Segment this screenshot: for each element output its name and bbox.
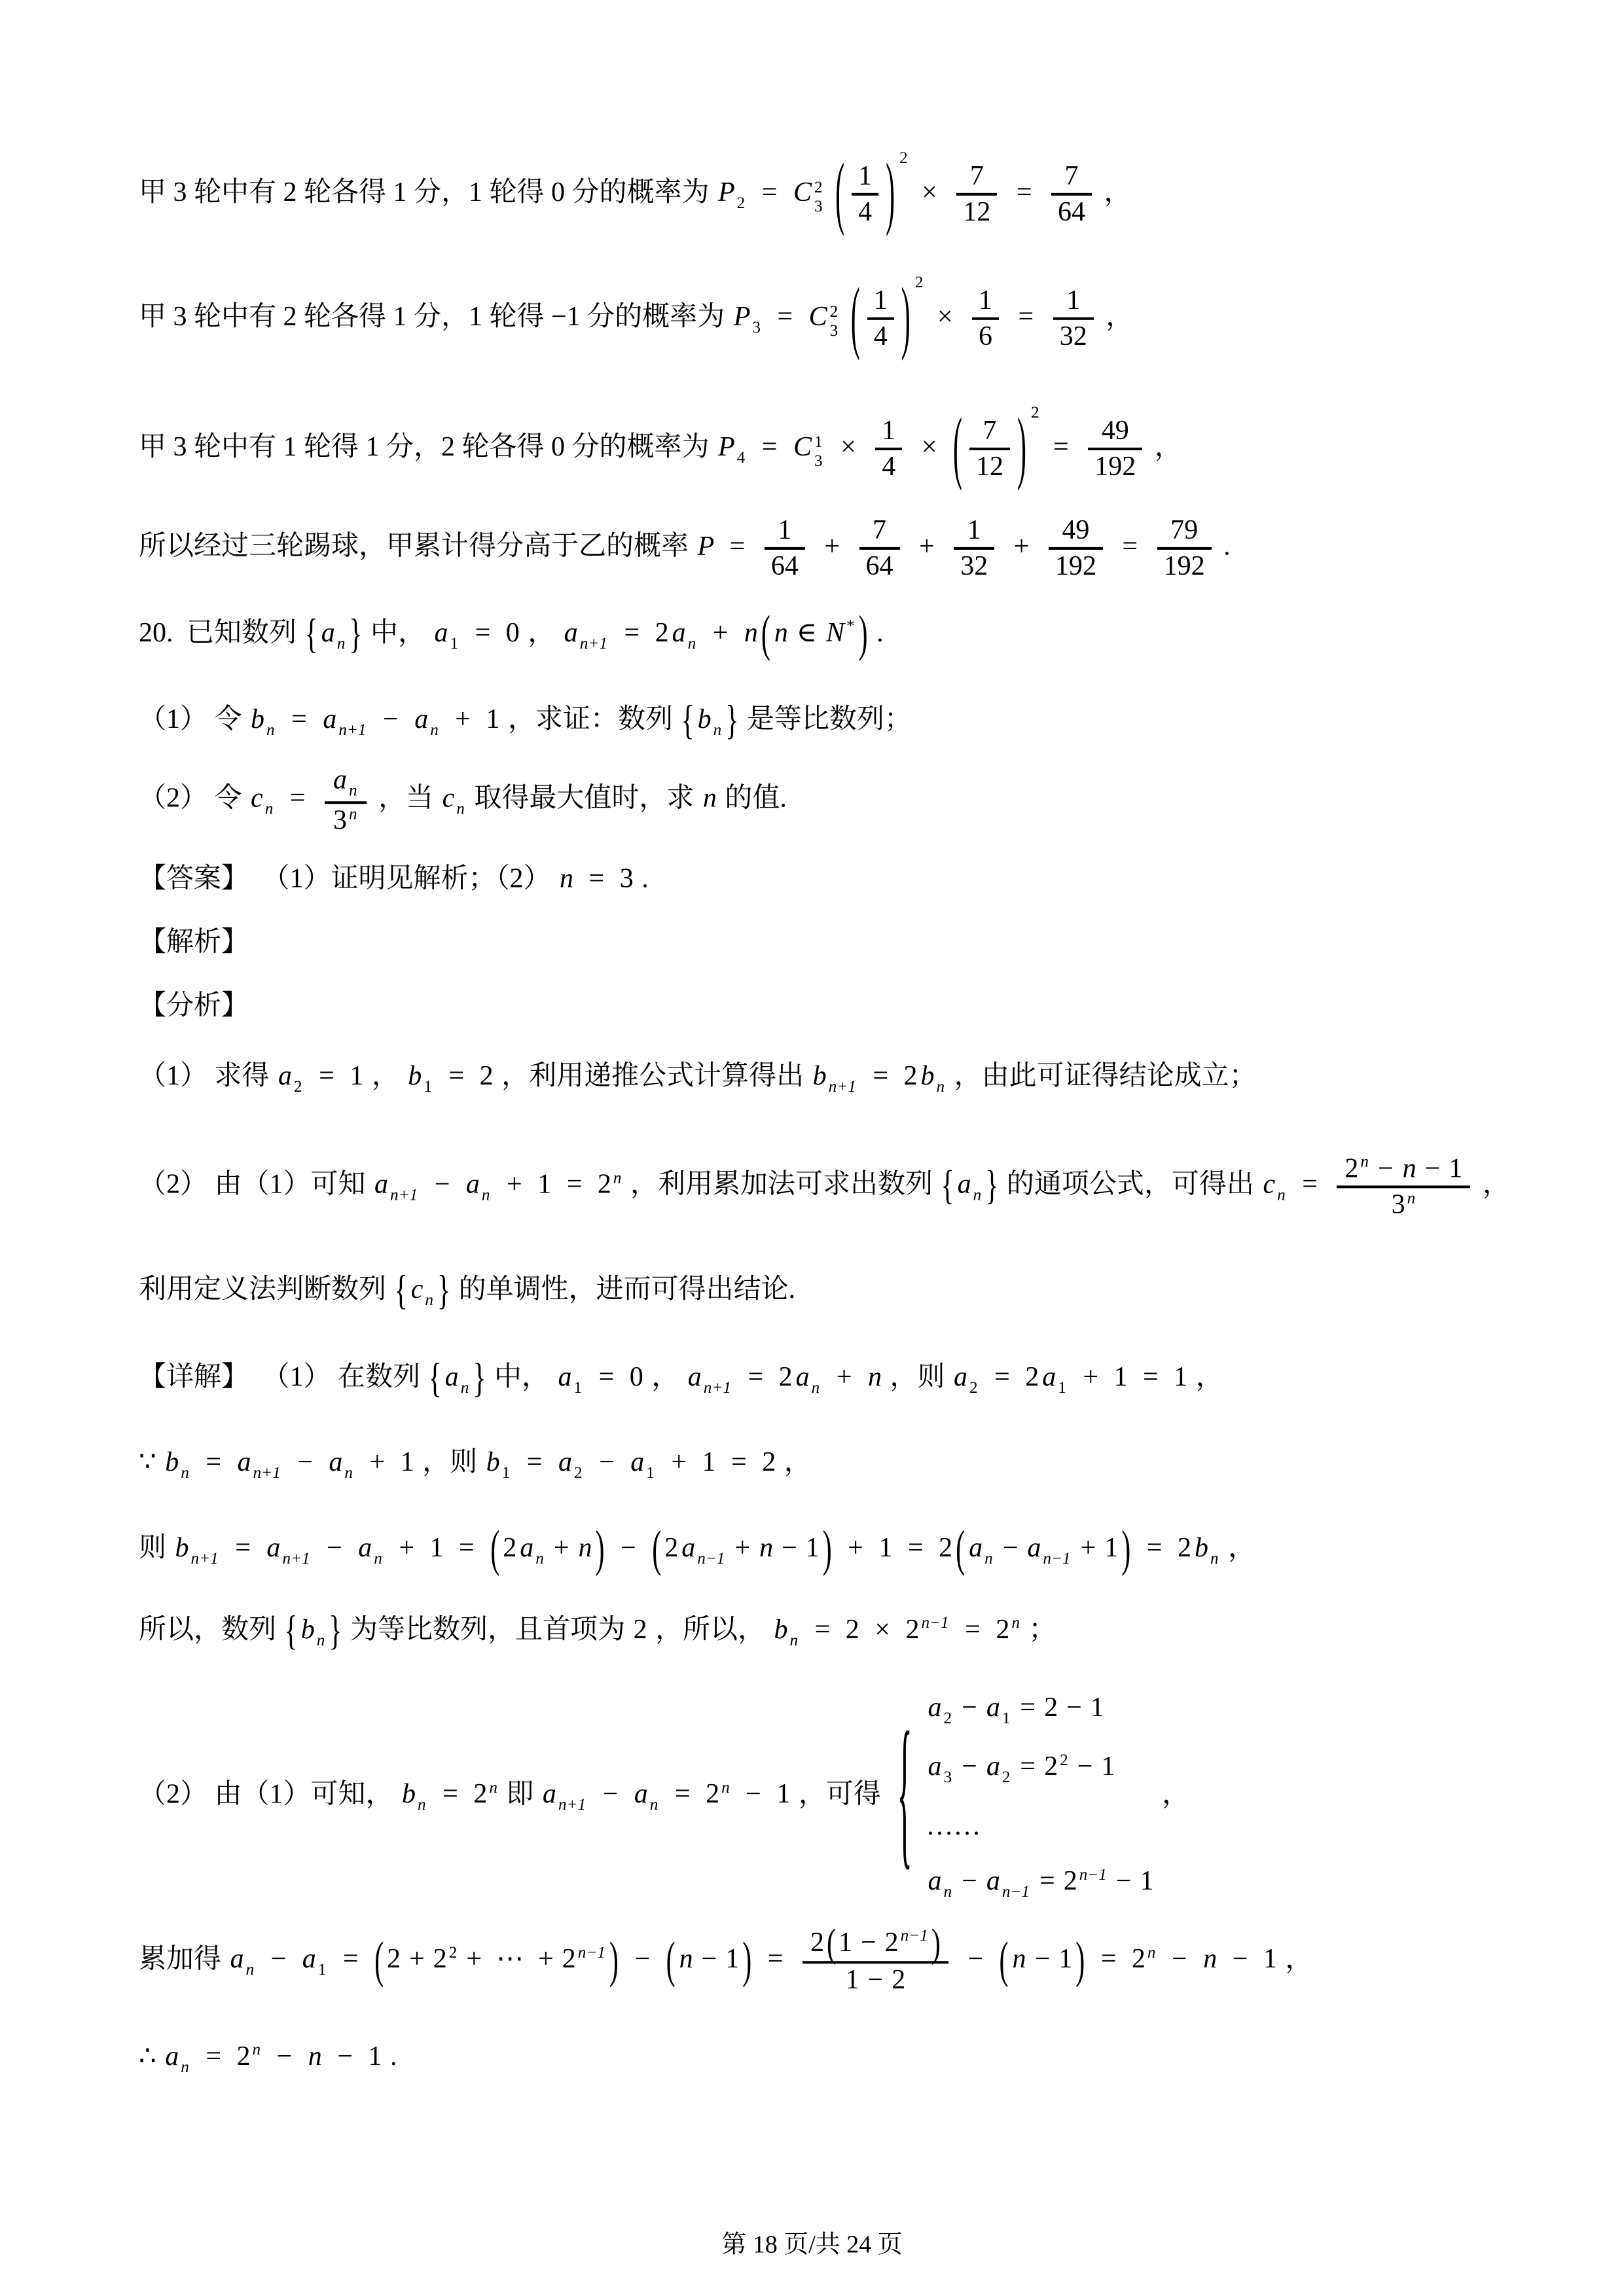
plus-sign: + — [919, 531, 935, 562]
math-subscript: 3 — [830, 321, 839, 340]
detail-label: 【详解】 — [139, 1362, 249, 1392]
math-var-a: a — [329, 1447, 342, 1477]
math-superscript: 1 — [814, 433, 823, 452]
math-subscript: n — [374, 1549, 382, 1567]
math-var-a: a — [986, 1866, 1000, 1896]
plus-sign: + — [1081, 1533, 1096, 1563]
fraction: 712 — [956, 160, 997, 229]
fraction: 49192 — [1088, 414, 1142, 484]
fraction: 764 — [859, 514, 900, 583]
plus-sign: + — [1083, 1362, 1098, 1392]
math-subscript: n−1 — [697, 1549, 725, 1567]
math-var-C: C — [809, 302, 827, 332]
minus-sign: − — [1066, 1693, 1082, 1723]
chinese-text: 甲 3 轮中有 1 轮得 1 分，2 轮各得 0 分的概率为 — [139, 432, 710, 462]
seq-brace-right: } — [349, 608, 362, 662]
chinese-text: 的值. — [725, 783, 787, 814]
part-number: （1） — [139, 704, 208, 734]
minus-sign: − — [327, 1533, 342, 1563]
equals-sign: = — [459, 1533, 475, 1563]
big-paren-left: ( — [953, 397, 962, 502]
math-subscript: n — [265, 800, 274, 817]
plus-sign: + — [671, 1447, 687, 1477]
numerator: 7 — [969, 414, 1010, 448]
math-number: 2 — [1132, 1945, 1146, 1975]
chinese-text: 由（1）可知， — [215, 1780, 393, 1810]
math-superscript: n — [1407, 1189, 1416, 1207]
denominator: 1−2 — [803, 1962, 948, 1998]
plus-sign: + — [466, 1945, 482, 1975]
math-superscript: n — [1011, 1614, 1020, 1632]
math-number: 3 — [1392, 1190, 1405, 1220]
chinese-text: ，利用递推公式计算得出 — [501, 1061, 804, 1091]
math-subscript: 1 — [574, 1378, 583, 1396]
chinese-text: 求得 — [215, 1061, 270, 1091]
math-number: 2 — [387, 1945, 401, 1975]
math-subscript: n — [944, 1883, 952, 1901]
big-paren-right: ) — [823, 1517, 832, 1583]
equals-sign: = — [1101, 1945, 1117, 1975]
chinese-text: ，由此可证得结论成立； — [954, 1061, 1257, 1091]
denominator: 12 — [969, 448, 1010, 484]
math-number: 2 — [885, 1928, 899, 1958]
comma: ， — [528, 618, 555, 648]
math-superscript: n−1 — [921, 1614, 948, 1632]
math-var-a: a — [928, 1752, 942, 1782]
paragraph-prob-p4: 甲 3 轮中有 1 轮得 1 分，2 轮各得 0 分的概率为 P4 = C13 … — [139, 403, 1182, 484]
seq-brace-left: { — [305, 608, 318, 662]
denominator: 4 — [852, 193, 878, 229]
math-subscript: n+1 — [191, 1549, 219, 1567]
math-var-a: a — [278, 1061, 292, 1091]
math-number: 2 — [473, 1780, 487, 1810]
fraction: 14 — [867, 284, 894, 353]
big-paren-right: ) — [1121, 1517, 1130, 1583]
math-number: 2 — [706, 1780, 719, 1810]
equals-sign: = — [908, 1533, 924, 1563]
math-number: 1 — [878, 1533, 892, 1563]
comma: ， — [1104, 177, 1132, 207]
big-paren-right: ) — [596, 1517, 605, 1583]
analysis-label: 【解析】 — [139, 927, 249, 958]
math-subscript: n — [461, 1378, 469, 1396]
math-superscript: 2 — [1031, 404, 1039, 422]
denominator: 192 — [1157, 547, 1212, 583]
math-number: 2 — [810, 1928, 824, 1958]
math-number: 1 — [1101, 1752, 1115, 1782]
numerator: 49 — [1049, 514, 1103, 547]
math-subscript: n — [456, 800, 465, 817]
minus-sign: − — [599, 1447, 615, 1477]
chinese-text: 累加得 — [139, 1945, 221, 1975]
chinese-text: 的通项公式，可得出 — [1007, 1170, 1254, 1200]
math-number: 1 — [839, 1928, 852, 1958]
math-number: 2 — [762, 1447, 776, 1477]
math-var-a: a — [688, 1362, 702, 1392]
paragraph-question-20: 20. 已知数列 {an} 中， a1 = 0 ， an+1 = 2an + n… — [139, 615, 884, 655]
math-var-a: a — [543, 1780, 556, 1810]
system-rows: a2−a1=2−1 a3−a2=22−1 …… an−an−1=2n−1−1 — [926, 1690, 1155, 1903]
math-var-a: a — [969, 1533, 983, 1563]
chinese-text: 是等比数列； — [747, 704, 912, 734]
equals-sign: = — [731, 1447, 747, 1477]
fraction: 164 — [765, 514, 805, 583]
minus-sign: − — [435, 1170, 450, 1200]
math-number: 1 — [368, 2041, 382, 2072]
chinese-text: 由（1）可知 — [215, 1170, 366, 1200]
math-var-a: a — [358, 1533, 372, 1563]
math-var-n: n — [703, 783, 717, 814]
seq-brace-left: { — [941, 1160, 954, 1213]
question-number: 20. — [139, 618, 173, 648]
math-subscript: n — [973, 1186, 982, 1204]
math-superscript: n — [253, 2041, 261, 2058]
footer-page-number: 第 18 页/共 24 页 — [0, 2229, 1624, 2261]
math-subscript: 2 — [737, 194, 746, 211]
math-var-N: N — [826, 618, 844, 648]
math-subscript: 1 — [646, 1463, 655, 1481]
plus-sign: + — [1014, 531, 1030, 562]
math-var-n: n — [759, 1533, 773, 1563]
equals-sign: = — [762, 432, 778, 462]
math-number: 1 — [1114, 1362, 1128, 1392]
equals-sign: = — [1039, 1866, 1055, 1896]
numerator: 1 — [1053, 284, 1094, 317]
system-row-ellipsis: …… — [926, 1808, 1155, 1844]
equals-sign: = — [815, 1615, 831, 1645]
paragraph-conclusion: ∴ an = 2n − n − 1 . — [139, 2039, 397, 2078]
equals-sign: = — [1147, 1533, 1163, 1563]
chinese-text: 已知数列 — [187, 618, 297, 648]
paragraph-detail-2: ∵ bn = an+1 − an + 1 ，则 b1 = a2 − a1 + 1… — [139, 1444, 812, 1484]
math-var-P: P — [718, 432, 735, 462]
times-sign: × — [875, 1615, 890, 1645]
math-subscript: n+1 — [829, 1077, 856, 1095]
math-var-a: a — [634, 1780, 648, 1810]
paragraph-prob-p3: 甲 3 轮中有 2 轮各得 1 分，1 轮得 −1 分的概率为 P3 = C23… — [139, 272, 1133, 353]
math-subscript: n+1 — [558, 1796, 586, 1814]
comma: ， — [651, 1362, 679, 1392]
math-superscript: 2 — [830, 303, 839, 321]
math-subscript: n — [344, 1463, 353, 1481]
math-number: 1 — [1140, 1866, 1154, 1896]
math-number: 2 — [655, 618, 669, 648]
math-var-P: P — [698, 531, 715, 562]
math-subscript: n — [789, 1631, 798, 1649]
element-of-sign: ∈ — [797, 618, 817, 648]
part-number: （2） — [139, 1170, 208, 1200]
math-superscript: n — [489, 1779, 497, 1797]
minus-sign: − — [634, 1945, 650, 1975]
numerator: 7 — [956, 160, 997, 193]
binom-scripts: 23 — [814, 179, 823, 215]
numerator: 7 — [1051, 160, 1092, 193]
fraction: 14 — [852, 160, 878, 229]
math-subscript: n+1 — [253, 1463, 281, 1481]
chinese-text: 取得最大值时，求 — [474, 783, 694, 814]
big-paren-left: ( — [652, 1517, 661, 1583]
equals-sign: = — [1053, 432, 1069, 462]
math-number: 0 — [630, 1362, 643, 1392]
fraction: 132 — [1053, 284, 1094, 353]
math-var-c: c — [442, 783, 455, 814]
chinese-text: 令 — [215, 783, 242, 814]
times-sign: × — [922, 432, 937, 462]
denominator: 12 — [956, 193, 997, 229]
chinese-text: 甲 3 轮中有 2 轮各得 1 分，1 轮得 −1 分的概率为 — [139, 302, 725, 332]
chinese-text: ，当 — [378, 783, 433, 814]
math-subscript: n+1 — [580, 634, 607, 652]
math-superscript: n — [1147, 1944, 1156, 1962]
big-paren-left: ( — [1000, 1929, 1009, 1995]
paragraph-prob-p2: 甲 3 轮中有 2 轮各得 1 分，1 轮得 0 分的概率为 P2 = C23 … — [139, 148, 1132, 229]
minus-sign: − — [1378, 1153, 1394, 1183]
chinese-text: 中， — [370, 618, 425, 648]
math-var-n: n — [774, 618, 788, 648]
fraction: 132 — [954, 514, 994, 583]
plus-sign: + — [848, 1533, 863, 1563]
math-var-a: a — [466, 1170, 480, 1200]
paragraph-detail-5-system: （2） 由（1）可知， bn = 2n 即 an+1 − an = 2n − 1… — [139, 1690, 1189, 1903]
denominator: 6 — [972, 317, 999, 353]
math-subscript: n — [266, 721, 275, 738]
math-subscript: 3 — [814, 452, 823, 470]
chinese-text: 的单调性，进而可得出结论. — [459, 1274, 796, 1304]
equals-sign: = — [675, 1780, 691, 1810]
part-number: （1） — [139, 1061, 208, 1091]
comma: ， — [1285, 1945, 1312, 1975]
analysis-label: 【分析】 — [139, 991, 249, 1021]
chinese-text: 令 — [215, 704, 242, 734]
math-number: 1 — [702, 1447, 716, 1477]
paren-right: ) — [931, 1922, 941, 1967]
math-var-b: b — [402, 1780, 416, 1810]
math-number: 1 — [430, 1533, 444, 1563]
math-var-a: a — [374, 1170, 388, 1200]
fraction: 764 — [1051, 160, 1092, 229]
minus-sign: − — [383, 704, 399, 734]
denominator: 192 — [1088, 448, 1142, 484]
math-var-P: P — [718, 177, 735, 207]
big-paren-left: ( — [761, 602, 770, 668]
paragraph-detail-6-sum: 累加得 an − a1 = (2+22+⋯+2n−1) − (n−1) = 2(… — [139, 1926, 1312, 1998]
equation-system: { a2−a1=2−1 a3−a2=22−1 …… an−an−1=2n−1−1 — [893, 1690, 1155, 1903]
math-var-n: n — [868, 1362, 882, 1392]
math-var-n: n — [579, 1533, 592, 1563]
seq-brace-right: } — [725, 694, 738, 748]
math-number: 2 — [846, 1615, 859, 1645]
minus-sign: − — [962, 1752, 977, 1782]
equals-sign: = — [1143, 1362, 1159, 1392]
math-number: 2 — [1344, 1153, 1358, 1183]
numerator: 1 — [852, 160, 878, 193]
denominator: 32 — [1053, 317, 1094, 353]
system-row-n: an−an−1=2n−1−1 — [926, 1863, 1155, 1903]
math-superscript: n — [349, 805, 357, 823]
math-superscript: n−1 — [1079, 1866, 1107, 1884]
cdots: ⋯ — [496, 1945, 524, 1975]
math-var-C: C — [793, 177, 812, 207]
comma: ， — [784, 1447, 812, 1477]
math-var-b: b — [1195, 1533, 1208, 1563]
math-var-a: a — [672, 618, 686, 648]
equals-sign: = — [442, 1780, 458, 1810]
math-superscript: n — [721, 1779, 730, 1797]
math-var-a: a — [434, 618, 448, 648]
minus-sign: − — [271, 1945, 287, 1975]
binom-scripts: 13 — [814, 433, 823, 470]
math-var-b: b — [251, 704, 264, 734]
denominator: 192 — [1049, 547, 1103, 583]
fraction: 16 — [972, 284, 999, 353]
math-var-b: b — [408, 1061, 422, 1091]
minus-sign: − — [1172, 1945, 1187, 1975]
numerator: 1 — [972, 284, 999, 317]
math-subscript: n+1 — [704, 1378, 731, 1396]
big-paren-left: ( — [666, 1929, 676, 1995]
math-number: 2 — [1178, 1533, 1191, 1563]
fraction: 49192 — [1049, 514, 1103, 583]
math-var-b: b — [698, 704, 712, 734]
chinese-text: 甲 3 轮中有 2 轮各得 1 分，1 轮得 0 分的概率为 — [139, 177, 710, 207]
minus-sign: − — [603, 1780, 619, 1810]
system-row-2: a3−a2=22−1 — [926, 1749, 1155, 1789]
minus-sign: − — [1035, 1945, 1051, 1975]
minus-sign: − — [868, 1965, 884, 1996]
plus-sign: + — [507, 1170, 522, 1200]
minus-sign: − — [962, 1866, 977, 1896]
math-superscript: 2 — [1060, 1751, 1068, 1769]
math-superscript: n — [613, 1169, 622, 1187]
answer-label: 【答案】 — [139, 864, 249, 894]
plus-sign: + — [734, 1533, 750, 1563]
denominator: 3n — [1337, 1185, 1470, 1222]
math-subscript: n+1 — [390, 1186, 418, 1204]
plus-sign: + — [538, 1945, 554, 1975]
plus-sign: + — [399, 1533, 414, 1563]
math-subscript: 1 — [450, 634, 458, 652]
math-var-b: b — [813, 1061, 827, 1091]
period: . — [1223, 531, 1231, 562]
equals-sign: = — [1302, 1170, 1318, 1200]
math-number: 2 — [562, 1945, 576, 1975]
plus-sign: + — [409, 1945, 425, 1975]
math-subscript: n+1 — [338, 721, 366, 738]
times-sign: × — [922, 177, 937, 207]
equals-sign: = — [873, 1061, 888, 1091]
numerator: 1 — [954, 514, 994, 547]
fraction: 712 — [969, 414, 1010, 484]
equals-sign: = — [965, 1615, 981, 1645]
math-var-a: a — [323, 704, 336, 734]
equals-sign: = — [319, 1061, 334, 1091]
math-subscript: 2 — [944, 1710, 952, 1727]
math-var-n: n — [308, 2041, 322, 2072]
math-superscript: n−1 — [901, 1927, 928, 1945]
math-number: 2 — [1025, 1362, 1039, 1392]
math-number: 1 — [486, 704, 499, 734]
chinese-text: （1）证明见解析；（2） — [262, 864, 551, 894]
math-var-n: n — [679, 1945, 693, 1975]
math-var-a: a — [1042, 1362, 1056, 1392]
numerator: 7 — [859, 514, 900, 547]
chinese-text: ，可得 — [799, 1780, 881, 1810]
comma: ， — [372, 1061, 399, 1091]
equals-sign: = — [567, 1170, 583, 1200]
big-paren-right: ) — [886, 142, 895, 247]
math-number: 2 — [1044, 1693, 1058, 1723]
math-number: 3 — [620, 864, 634, 894]
math-var-c: c — [251, 783, 263, 814]
system-brace: { — [897, 1687, 912, 1905]
minus-sign: − — [1116, 1866, 1132, 1896]
equals-sign: = — [624, 618, 640, 648]
paragraph-analysis-part1: （1） 求得 a2 = 1 ， b1 = 2 ，利用递推公式计算得出 bn+1 … — [139, 1058, 1257, 1098]
seq-brace-right: } — [473, 1352, 486, 1406]
math-subscript: n — [713, 721, 722, 738]
math-var-a: a — [520, 1533, 533, 1563]
fraction: 14 — [875, 414, 902, 484]
chinese-text: 为等比数列，且首项为 — [350, 1615, 625, 1645]
numerator: 49 — [1088, 414, 1142, 448]
math-superscript: 2 — [814, 179, 823, 197]
math-subscript: n — [984, 1549, 993, 1567]
math-subscript: n — [246, 1961, 255, 1979]
math-number: 2 — [905, 1615, 919, 1645]
math-subscript: n — [1210, 1549, 1219, 1567]
math-var-a: a — [302, 1945, 316, 1975]
math-var-a: a — [986, 1693, 1000, 1723]
big-paren-left: ( — [490, 1517, 499, 1583]
chinese-text: 所以经过三轮踢球，甲累计得分高于乙的概率 — [139, 531, 689, 562]
math-var-n: n — [560, 864, 573, 894]
math-subscript: 3 — [814, 197, 823, 215]
math-number: 1 — [1104, 1533, 1118, 1563]
big-paren-right: ) — [1017, 397, 1026, 502]
math-subscript: n — [937, 1077, 945, 1095]
math-subscript: n — [482, 1186, 490, 1204]
plus-sign: + — [455, 704, 471, 734]
math-number: 0 — [506, 618, 520, 648]
period: . — [390, 2041, 397, 2072]
paragraph-detail-1: 【详解】 （1） 在数列 {an} 中， a1 = 0 ， an+1 = 2an… — [139, 1359, 1223, 1399]
plus-sign: + — [369, 1447, 385, 1477]
math-number: 2 — [996, 1615, 1009, 1645]
equals-sign: = — [777, 302, 793, 332]
big-paren-right: ) — [901, 266, 911, 372]
big-paren-right: ) — [1075, 1929, 1085, 1995]
math-number: 1 — [1263, 1945, 1277, 1975]
equals-sign: = — [206, 1447, 221, 1477]
semicolon: ； — [1028, 1615, 1056, 1645]
minus-sign: − — [967, 1945, 983, 1975]
denominator: 3n — [325, 801, 367, 838]
math-superscript: 2 — [899, 149, 908, 167]
equals-sign: = — [994, 1362, 1010, 1392]
minus-sign: − — [702, 1945, 717, 1975]
math-number: 1 — [846, 1965, 859, 1996]
equals-sign: = — [1020, 1752, 1036, 1782]
numerator: an — [325, 763, 367, 801]
math-subscript: 2 — [969, 1378, 978, 1396]
comma: ， — [1483, 1170, 1510, 1200]
math-subscript: 1 — [1002, 1710, 1011, 1727]
math-subscript: 1 — [502, 1463, 511, 1481]
chinese-text: 利用定义法判断数列 — [139, 1274, 386, 1304]
period: . — [641, 864, 649, 894]
part-number: （2） — [139, 1780, 208, 1810]
big-paren-right: ) — [742, 1929, 751, 1995]
